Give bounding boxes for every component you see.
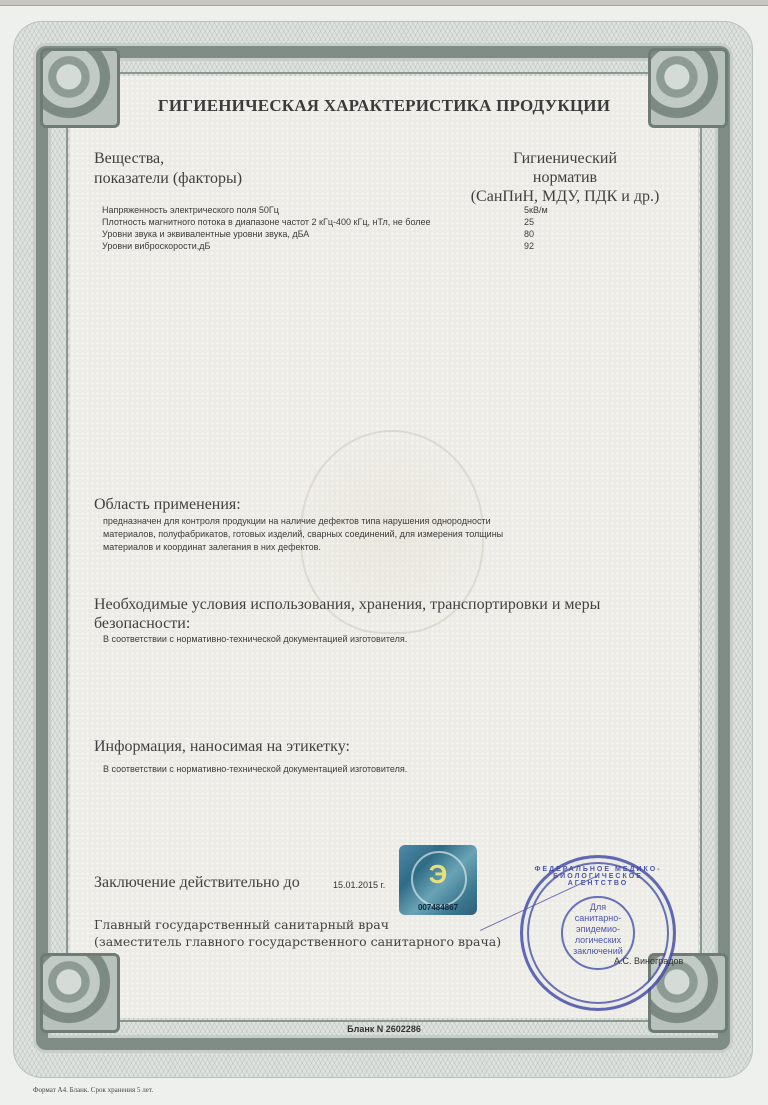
column-header-factors: Вещества, показатели (факторы) bbox=[94, 149, 242, 189]
header-line: норматив bbox=[455, 168, 675, 187]
footer-note: Формат А4. Бланк. Срок хранения 5 лет. bbox=[33, 1086, 153, 1094]
table-row: Уровни виброскорости,дБ 92 bbox=[102, 241, 582, 253]
column-header-norm: Гигиенический норматив (СанПиН, МДУ, ПДК… bbox=[455, 149, 675, 206]
scope-text: предназначен для контроля продукции на н… bbox=[103, 515, 543, 554]
factor-value: 5кВ/м bbox=[524, 205, 548, 215]
header-line: Вещества, bbox=[94, 149, 242, 169]
factor-name: Уровни виброскорости,дБ bbox=[102, 241, 210, 251]
chief-line: (заместитель главного государственного с… bbox=[94, 933, 501, 950]
label-info-text: В соответствии с нормативно-технической … bbox=[103, 763, 407, 776]
conditions-heading: Необходимые условия использования, хране… bbox=[94, 595, 654, 633]
table-row: Уровни звука и эквивалентные уровни звук… bbox=[102, 229, 582, 241]
scope-heading: Область применения: bbox=[94, 495, 241, 514]
chief-doctor-title: Главный государственный санитарный врач … bbox=[94, 916, 501, 950]
hologram-serial: 007484867 bbox=[405, 903, 471, 912]
factor-name: Плотность магнитного потока в диапазоне … bbox=[102, 217, 431, 227]
hologram-emblem-icon: Э bbox=[419, 855, 457, 893]
factor-value: 25 bbox=[524, 217, 534, 227]
factor-name: Уровни звука и эквивалентные уровни звук… bbox=[102, 229, 309, 239]
ornament-corner-icon bbox=[648, 48, 728, 128]
conditions-text: В соответствии с нормативно-технической … bbox=[103, 633, 407, 646]
factor-value: 92 bbox=[524, 241, 534, 251]
scan-edge-line bbox=[0, 5, 768, 6]
factors-table: Напряженность электрического поля 50Гц 5… bbox=[102, 205, 582, 253]
header-line: показатели (факторы) bbox=[94, 169, 242, 189]
blank-number: Бланк N 2602286 bbox=[0, 1024, 768, 1034]
validity-date: 15.01.2015 г. bbox=[333, 880, 385, 890]
header-line: (СанПиН, МДУ, ПДК и др.) bbox=[455, 187, 675, 206]
factor-value: 80 bbox=[524, 229, 534, 239]
validity-label: Заключение действительно до bbox=[94, 874, 300, 892]
document-title: ГИГИЕНИЧЕСКАЯ ХАРАКТЕРИСТИКА ПРОДУКЦИИ bbox=[0, 96, 768, 116]
table-row: Плотность магнитного потока в диапазоне … bbox=[102, 217, 582, 229]
factor-name: Напряженность электрического поля 50Гц bbox=[102, 205, 279, 215]
hologram-sticker: Э 007484867 bbox=[399, 845, 477, 915]
table-row: Напряженность электрического поля 50Гц 5… bbox=[102, 205, 582, 217]
ornament-corner-icon bbox=[40, 48, 120, 128]
ornament-corner-icon bbox=[40, 953, 120, 1033]
chief-line: Главный государственный санитарный врач bbox=[94, 916, 501, 933]
header-line: Гигиенический bbox=[455, 149, 675, 168]
signer-name: А.С. Виноградов bbox=[614, 956, 683, 966]
label-info-heading: Информация, наносимая на этикетку: bbox=[94, 737, 350, 756]
